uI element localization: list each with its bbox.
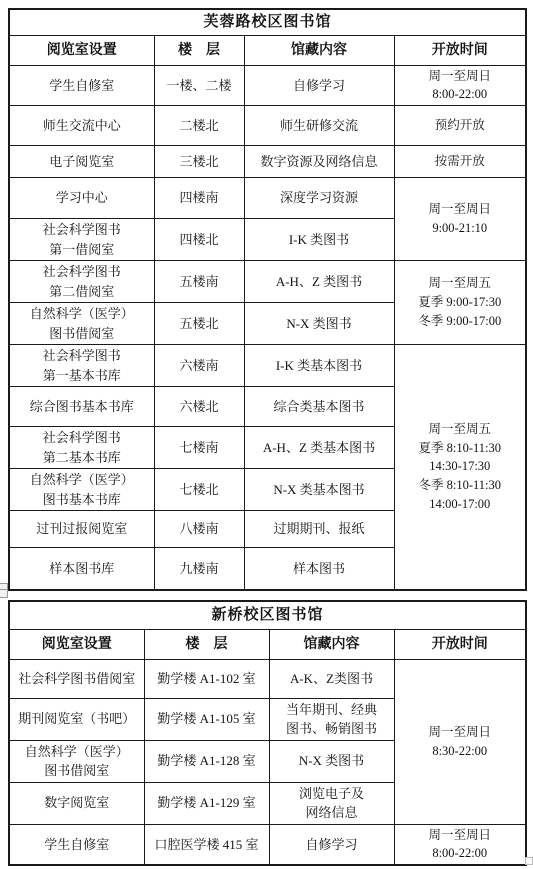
cell-room: 自然科学（医学） 图书基本书库	[9, 469, 154, 511]
cell-room: 学生自修室	[9, 824, 144, 865]
cell-room: 社会科学图书 第二基本书库	[9, 427, 154, 469]
header-time: 开放时间	[394, 35, 526, 65]
cell-content: A-H、Z 类基本图书	[244, 427, 394, 469]
cell-room: 电子阅览室	[9, 146, 154, 178]
cell-content: N-X 类图书	[244, 303, 394, 345]
header-room: 阅览室设置	[9, 629, 144, 659]
table-row: 社会科学图书 第二借阅室 五楼南 A-H、Z 类图书 周一至周五 夏季 9:00…	[9, 261, 526, 303]
table-move-handle[interactable]	[0, 583, 8, 598]
table-row: 阅览室设置 楼 层 馆藏内容 开放时间	[9, 35, 526, 65]
cell-room: 期刊阅览室（书吧）	[9, 698, 144, 740]
table-resize-handle[interactable]	[525, 857, 533, 865]
cell-time: 周一至周日 9:00-21:10	[394, 178, 526, 261]
cell-content: 当年期刊、经典 图书、畅销图书	[269, 698, 394, 740]
cell-floor: 五楼南	[154, 261, 244, 303]
cell-content: 自修学习	[244, 65, 394, 106]
document-page: 芙蓉路校区图书馆 阅览室设置 楼 层 馆藏内容 开放时间 学生自修室 一楼、二楼…	[0, 0, 533, 869]
cell-floor: 五楼北	[154, 303, 244, 345]
cell-time: 周一至周日 8:00-22:00	[394, 65, 526, 106]
cell-room: 自然科学（医学） 图书借阅室	[9, 740, 144, 782]
cell-content: N-X 类图书	[269, 740, 394, 782]
table-row: 社会科学图书借阅室 勤学楼 A1-102 室 A-K、Z类图书 周一至周日 8:…	[9, 659, 526, 698]
table-row: 学生自修室 一楼、二楼 自修学习 周一至周日 8:00-22:00	[9, 65, 526, 106]
table-row: 学生自修室 口腔医学楼 415 室 自修学习 周一至周日 8:00-22:00	[9, 824, 526, 865]
table-row: 新桥校区图书馆	[9, 601, 526, 629]
table-row: 阅览室设置 楼 层 馆藏内容 开放时间	[9, 629, 526, 659]
cell-room: 师生交流中心	[9, 106, 154, 146]
cell-content: 深度学习资源	[244, 178, 394, 219]
cell-room: 社会科学图书借阅室	[9, 659, 144, 698]
table-row: 芙蓉路校区图书馆	[9, 9, 526, 35]
cell-floor: 六楼北	[154, 387, 244, 427]
xinqiao-campus-table: 新桥校区图书馆 阅览室设置 楼 层 馆藏内容 开放时间 社会科学图书借阅室 勤学…	[8, 600, 527, 866]
cell-content: 数字资源及网络信息	[244, 146, 394, 178]
cell-room: 社会科学图书 第一借阅室	[9, 219, 154, 261]
cell-content: I-K 类基本图书	[244, 345, 394, 387]
cell-room: 自然科学（医学） 图书借阅室	[9, 303, 154, 345]
header-room: 阅览室设置	[9, 35, 154, 65]
cell-time: 周一至周五 夏季 8:10-11:30 14:30-17:30 冬季 8:10-…	[394, 345, 526, 590]
table-title: 新桥校区图书馆	[9, 601, 526, 629]
cell-floor: 勤学楼 A1-102 室	[144, 659, 269, 698]
header-floor: 楼 层	[154, 35, 244, 65]
furong-campus-table: 芙蓉路校区图书馆 阅览室设置 楼 层 馆藏内容 开放时间 学生自修室 一楼、二楼…	[8, 8, 527, 591]
cell-content: 浏览电子及 网络信息	[269, 782, 394, 824]
cell-content: A-K、Z类图书	[269, 659, 394, 698]
cell-content: I-K 类图书	[244, 219, 394, 261]
cell-floor: 七楼南	[154, 427, 244, 469]
header-floor: 楼 层	[144, 629, 269, 659]
cell-time: 周一至周日 8:00-22:00	[394, 824, 526, 865]
table-row: 师生交流中心 二楼北 师生研修交流 预约开放	[9, 106, 526, 146]
table-row: 电子阅览室 三楼北 数字资源及网络信息 按需开放	[9, 146, 526, 178]
cell-room: 学习中心	[9, 178, 154, 219]
cell-room: 学生自修室	[9, 65, 154, 106]
cell-room: 数字阅览室	[9, 782, 144, 824]
cell-floor: 四楼南	[154, 178, 244, 219]
cell-time: 周一至周日 8:30-22:00	[394, 659, 526, 824]
cell-content: N-X 类基本图书	[244, 469, 394, 511]
cell-room: 社会科学图书 第一基本书库	[9, 345, 154, 387]
cell-content: 自修学习	[269, 824, 394, 865]
cell-room: 社会科学图书 第二借阅室	[9, 261, 154, 303]
header-content: 馆藏内容	[244, 35, 394, 65]
table-row: 社会科学图书 第一基本书库 六楼南 I-K 类基本图书 周一至周五 夏季 8:1…	[9, 345, 526, 387]
cell-floor: 勤学楼 A1-129 室	[144, 782, 269, 824]
cell-floor: 二楼北	[154, 106, 244, 146]
cell-room: 综合图书基本书库	[9, 387, 154, 427]
cell-floor: 一楼、二楼	[154, 65, 244, 106]
cell-content: 样本图书	[244, 548, 394, 590]
cell-floor: 三楼北	[154, 146, 244, 178]
cell-floor: 六楼南	[154, 345, 244, 387]
cell-floor: 口腔医学楼 415 室	[144, 824, 269, 865]
cell-floor: 七楼北	[154, 469, 244, 511]
cell-floor: 勤学楼 A1-105 室	[144, 698, 269, 740]
header-content: 馆藏内容	[269, 629, 394, 659]
cell-content: A-H、Z 类图书	[244, 261, 394, 303]
cell-room: 过刊过报阅览室	[9, 511, 154, 548]
cell-time: 按需开放	[394, 146, 526, 178]
cell-room: 样本图书库	[9, 548, 154, 590]
cell-floor: 勤学楼 A1-128 室	[144, 740, 269, 782]
header-time: 开放时间	[394, 629, 526, 659]
table-row: 学习中心 四楼南 深度学习资源 周一至周日 9:00-21:10	[9, 178, 526, 219]
cell-content: 综合类基本图书	[244, 387, 394, 427]
table-title: 芙蓉路校区图书馆	[9, 9, 526, 35]
cell-floor: 九楼南	[154, 548, 244, 590]
cell-content: 过期期刊、报纸	[244, 511, 394, 548]
cell-content: 师生研修交流	[244, 106, 394, 146]
cell-time: 预约开放	[394, 106, 526, 146]
cell-floor: 八楼南	[154, 511, 244, 548]
cell-time: 周一至周五 夏季 9:00-17:30 冬季 9:00-17:00	[394, 261, 526, 345]
cell-floor: 四楼北	[154, 219, 244, 261]
